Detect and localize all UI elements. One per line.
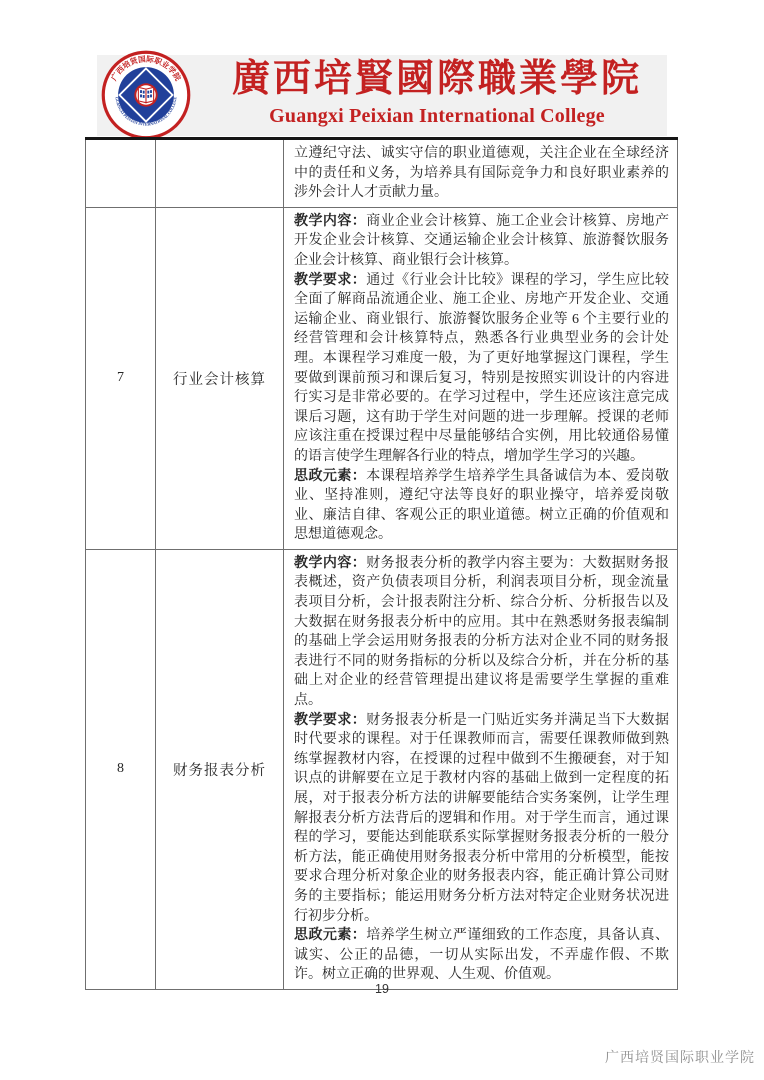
- paragraph-label: 教学内容：: [294, 214, 366, 229]
- course-name-cell: [156, 139, 284, 208]
- paragraph-label: 教学要求：: [294, 713, 366, 728]
- college-titles: 廣西培賢國際職業學院 Guangxi Peixian International…: [209, 55, 665, 129]
- paragraph-teaching-content: 教学内容：商业企业会计核算、施工企业会计核算、房地产开发企业会计核算、交通运输企…: [294, 212, 669, 271]
- table-row-course-7: 7 行业会计核算 教学内容：商业企业会计核算、施工企业会计核算、房地产开发企业会…: [86, 207, 678, 549]
- paragraph: 立遵纪守法、诚实守信的职业道德观，关注企业在全球经济中的责任和义务，为培养具有国…: [294, 144, 669, 203]
- course-name-cell: 行业会计核算: [156, 207, 284, 549]
- table-row-continuation: 立遵纪守法、诚实守信的职业道德观，关注企业在全球经济中的责任和义务，为培养具有国…: [86, 139, 678, 208]
- paragraph-ideological-elements: 思政元素：本课程培养学生培养学生具备诚信为本、爱岗敬业、坚持准则，遵纪守法等良好…: [294, 467, 669, 545]
- paragraph-text: 财务报表分析是一门贴近实务并满足当下大数据时代要求的课程。对于任课教师而言，需要…: [294, 713, 669, 924]
- paragraph-ideological-elements: 思政元素：培养学生树立严谨细致的工作态度，具备认真、诚实、公正的品德，一切从实际…: [294, 926, 669, 985]
- open-book-icon: [138, 87, 153, 102]
- paragraph-label: 教学要求：: [294, 273, 366, 288]
- paragraph-label: 教学内容：: [294, 556, 366, 571]
- paragraph-text: 财务报表分析的教学内容主要为：大数据财务报表概述，资产负债表项目分析，利润表项目…: [294, 556, 669, 708]
- footer-watermark: 广西培贤国际职业学院: [605, 1047, 755, 1067]
- paragraph-teaching-content: 教学内容：财务报表分析的教学内容主要为：大数据财务报表概述，资产负债表项目分析，…: [294, 554, 669, 711]
- college-title-chinese: 廣西培賢國際職業學院: [209, 55, 665, 104]
- paragraph-label: 思政元素：: [294, 469, 366, 484]
- college-seal-logo: 广西培贤国际职业学院 GUANGXI PEIXIAN INTERNATIONAL…: [101, 50, 191, 140]
- course-content-cell: 立遵纪守法、诚实守信的职业道德观，关注企业在全球经济中的责任和义务，为培养具有国…: [284, 139, 678, 208]
- course-number-cell: 7: [86, 207, 156, 549]
- college-header: 广西培贤国际职业学院 GUANGXI PEIXIAN INTERNATIONAL…: [97, 55, 667, 136]
- paragraph-teaching-requirements: 教学要求：财务报表分析是一门贴近实务并满足当下大数据时代要求的课程。对于任课教师…: [294, 711, 669, 927]
- college-title-english: Guangxi Peixian International College: [209, 104, 665, 129]
- paragraph-teaching-requirements: 教学要求：通过《行业会计比较》课程的学习，学生应比较全面了解商品流通企业、施工企…: [294, 271, 669, 467]
- course-content-cell: 教学内容：商业企业会计核算、施工企业会计核算、房地产开发企业会计核算、交通运输企…: [284, 207, 678, 549]
- course-number-cell: [86, 139, 156, 208]
- course-table: 立遵纪守法、诚实守信的职业道德观，关注企业在全球经济中的责任和义务，为培养具有国…: [85, 137, 678, 990]
- paragraph-text: 通过《行业会计比较》课程的学习，学生应比较全面了解商品流通企业、施工企业、房地产…: [294, 273, 669, 464]
- paragraph-text: 立遵纪守法、诚实守信的职业道德观，关注企业在全球经济中的责任和义务，为培养具有国…: [294, 146, 669, 200]
- course-name-cell: 财务报表分析: [156, 549, 284, 989]
- course-content-cell: 教学内容：财务报表分析的教学内容主要为：大数据财务报表概述，资产负债表项目分析，…: [284, 549, 678, 989]
- course-number-cell: 8: [86, 549, 156, 989]
- page-number: 19: [0, 982, 764, 996]
- paragraph-label: 思政元素：: [294, 928, 366, 943]
- table-row-course-8: 8 财务报表分析 教学内容：财务报表分析的教学内容主要为：大数据财务报表概述，资…: [86, 549, 678, 989]
- document-page: 广西培贤国际职业学院 GUANGXI PEIXIAN INTERNATIONAL…: [0, 0, 764, 1080]
